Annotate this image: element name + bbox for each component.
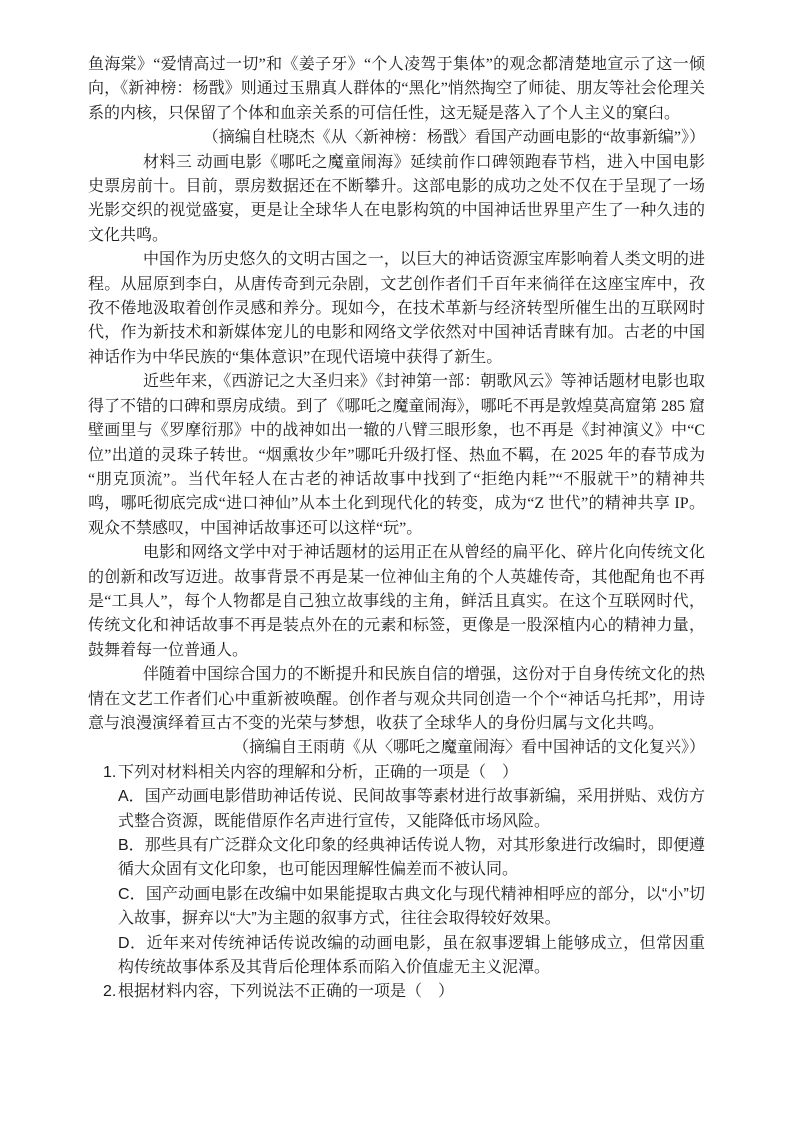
option-d-label: D．: [118, 935, 146, 952]
question-1-option-b: B．那些具有广泛群众文化印象的经典神话传说人物，对其形象进行改编时，即便遵循大众…: [88, 834, 705, 883]
material-three-paragraph-3: 近些年来，《西游记之大圣归来》《封神第一部：朝歌风云》等神话题材电影也取得了不错…: [88, 370, 705, 541]
question-1-option-a: A．国产动画电影借助神话传说、民间故事等素材进行故事新编，采用拼贴、戏仿方式整合…: [88, 785, 705, 834]
question-1: 1. 下列对材料相关内容的理解和分析，正确的一项是（ ） A．国产动画电影借助神…: [88, 761, 705, 981]
option-c-text: 国产动画电影在改编中如果能提取古典文化与现代精神相呼应的部分，以“小”切入故事，…: [118, 886, 705, 927]
material-three-paragraph-2: 中国作为历史悠久的文明古国之一，以巨大的神话资源宝库影响着人类文明的进程。从屈原…: [88, 248, 705, 370]
question-2-stem: 根据材料内容，下列说法不正确的一项是（ ）: [118, 980, 454, 1004]
question-1-stem: 下列对材料相关内容的理解和分析，正确的一项是（ ）: [118, 761, 518, 785]
material-three-paragraph-4: 电影和网络文学中对于神话题材的运用正在从曾经的扁平化、碎片化向传统文化的创新和改…: [88, 541, 705, 663]
question-1-stem-line: 1. 下列对材料相关内容的理解和分析，正确的一项是（ ）: [88, 761, 705, 785]
question-2: 2. 根据材料内容，下列说法不正确的一项是（ ）: [88, 980, 705, 1004]
option-a-label: A．: [118, 788, 145, 805]
material-three-paragraph-1: 材料三 动画电影《哪吒之魔童闹海》延续前作口碑领跑春节档，进入中国电影史票房前十…: [88, 151, 705, 249]
question-1-option-d: D．近年来对传统神话传说改编的动画电影，虽在叙事逻辑上能够成立，但常因重构传统故…: [88, 932, 705, 981]
exam-page: 鱼海棠》“爱情高过一切”和《姜子牙》“个人凌驾于集体”的观念都清楚地宣示了这一倾…: [0, 0, 793, 1123]
option-a-text: 国产动画电影借助神话传说、民间故事等素材进行故事新编，采用拼贴、戏仿方式整合资源…: [118, 788, 705, 829]
material-three-paragraph-5: 伴随着中国综合国力的不断提升和民族自信的增强，这份对于自身传统文化的热情在文艺工…: [88, 663, 705, 736]
material-three-attribution: （摘编自王雨萌《从〈哪吒之魔童闹海〉看中国神话的文化复兴》）: [88, 736, 705, 760]
option-b-text: 那些具有广泛群众文化印象的经典神话传说人物，对其形象进行改编时，即便遵循大众固有…: [118, 837, 705, 878]
material-two-attribution: （摘编自杜晓杰《从〈新神榜：杨戬〉看国产动画电影的“故事新编”》）: [88, 126, 705, 150]
reading-material: 鱼海棠》“爱情高过一切”和《姜子牙》“个人凌驾于集体”的观念都清楚地宣示了这一倾…: [88, 53, 705, 761]
option-b-label: B．: [118, 837, 145, 854]
question-2-stem-line: 2. 根据材料内容，下列说法不正确的一项是（ ）: [88, 980, 705, 1004]
question-1-option-c: C．国产动画电影在改编中如果能提取古典文化与现代精神相呼应的部分，以“小”切入故…: [88, 883, 705, 932]
question-section: 1. 下列对材料相关内容的理解和分析，正确的一项是（ ） A．国产动画电影借助神…: [88, 761, 705, 1005]
option-d-text: 近年来对传统神话传说改编的动画电影，虽在叙事逻辑上能够成立，但常因重构传统故事体…: [118, 935, 705, 976]
material-paragraph-continuation: 鱼海棠》“爱情高过一切”和《姜子牙》“个人凌驾于集体”的观念都清楚地宣示了这一倾…: [88, 53, 705, 126]
question-2-number: 2.: [103, 980, 118, 1004]
option-c-label: C．: [118, 886, 146, 903]
question-1-number: 1.: [103, 761, 118, 785]
